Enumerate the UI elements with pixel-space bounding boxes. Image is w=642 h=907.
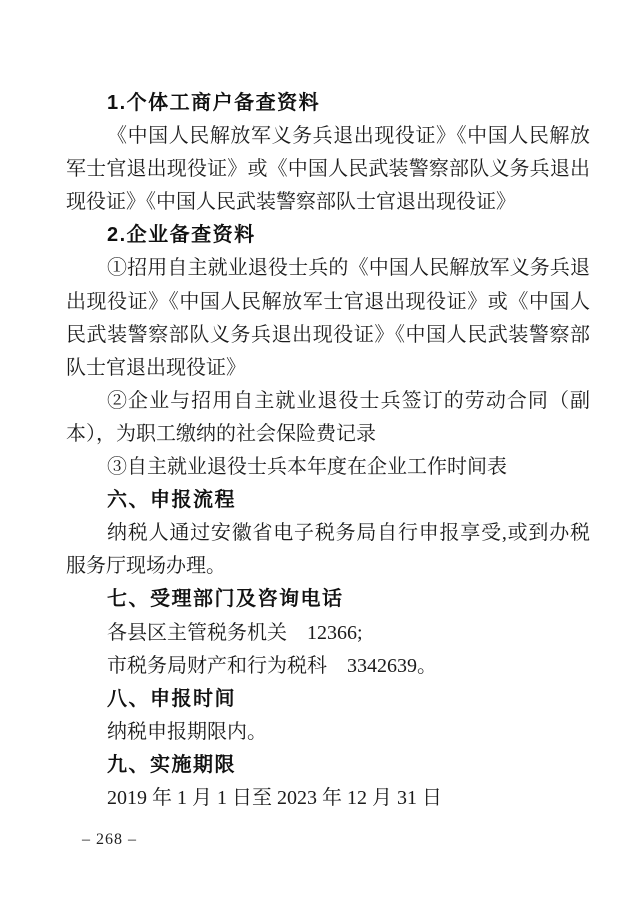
text-line: 服务厅现场办理。: [66, 550, 590, 583]
text-line: 纳税人通过安徽省电子税务局自行申报享受,或到办税: [66, 517, 590, 550]
text-line: 军士官退出现役证》或《中国人民武装警察部队义务兵退出: [66, 153, 590, 186]
text-line: 各县区主管税务机关 12366;: [66, 617, 590, 650]
text-line: 2019 年 1 月 1 日至 2023 年 12 月 31 日: [66, 782, 590, 815]
text-line: 《中国人民解放军义务兵退出现役证》《中国人民解放: [66, 120, 590, 153]
section-heading: 八、申报时间: [66, 683, 590, 716]
page-number: – 268 –: [82, 831, 137, 849]
text-line: 现役证》《中国人民武装警察部队士官退出现役证》: [66, 186, 590, 219]
section-heading: 九、实施期限: [66, 749, 590, 782]
text-line: 纳税申报期限内。: [66, 716, 590, 749]
text-line: ③自主就业退役士兵本年度在企业工作时间表: [66, 451, 590, 484]
text-line: 队士官退出现役证》: [66, 352, 590, 385]
text-line: ②企业与招用自主就业退役士兵签订的劳动合同（副: [66, 385, 590, 418]
section-heading: 1.个体工商户备查资料: [66, 87, 590, 120]
text-line: 市税务局财产和行为税科 3342639。: [66, 650, 590, 683]
document-body: 1.个体工商户备查资料《中国人民解放军义务兵退出现役证》《中国人民解放军士官退出…: [66, 87, 590, 815]
document-page: 1.个体工商户备查资料《中国人民解放军义务兵退出现役证》《中国人民解放军士官退出…: [0, 0, 642, 907]
section-heading: 2.企业备查资料: [66, 219, 590, 252]
text-line: 民武装警察部队义务兵退出现役证》《中国人民武装警察部: [66, 319, 590, 352]
text-line: 本），为职工缴纳的社会保险费记录: [66, 418, 590, 451]
text-line: ①招用自主就业退役士兵的《中国人民解放军义务兵退: [66, 252, 590, 285]
section-heading: 六、申报流程: [66, 484, 590, 517]
section-heading: 七、受理部门及咨询电话: [66, 583, 590, 616]
text-line: 出现役证》《中国人民解放军士官退出现役证》或《中国人: [66, 286, 590, 319]
